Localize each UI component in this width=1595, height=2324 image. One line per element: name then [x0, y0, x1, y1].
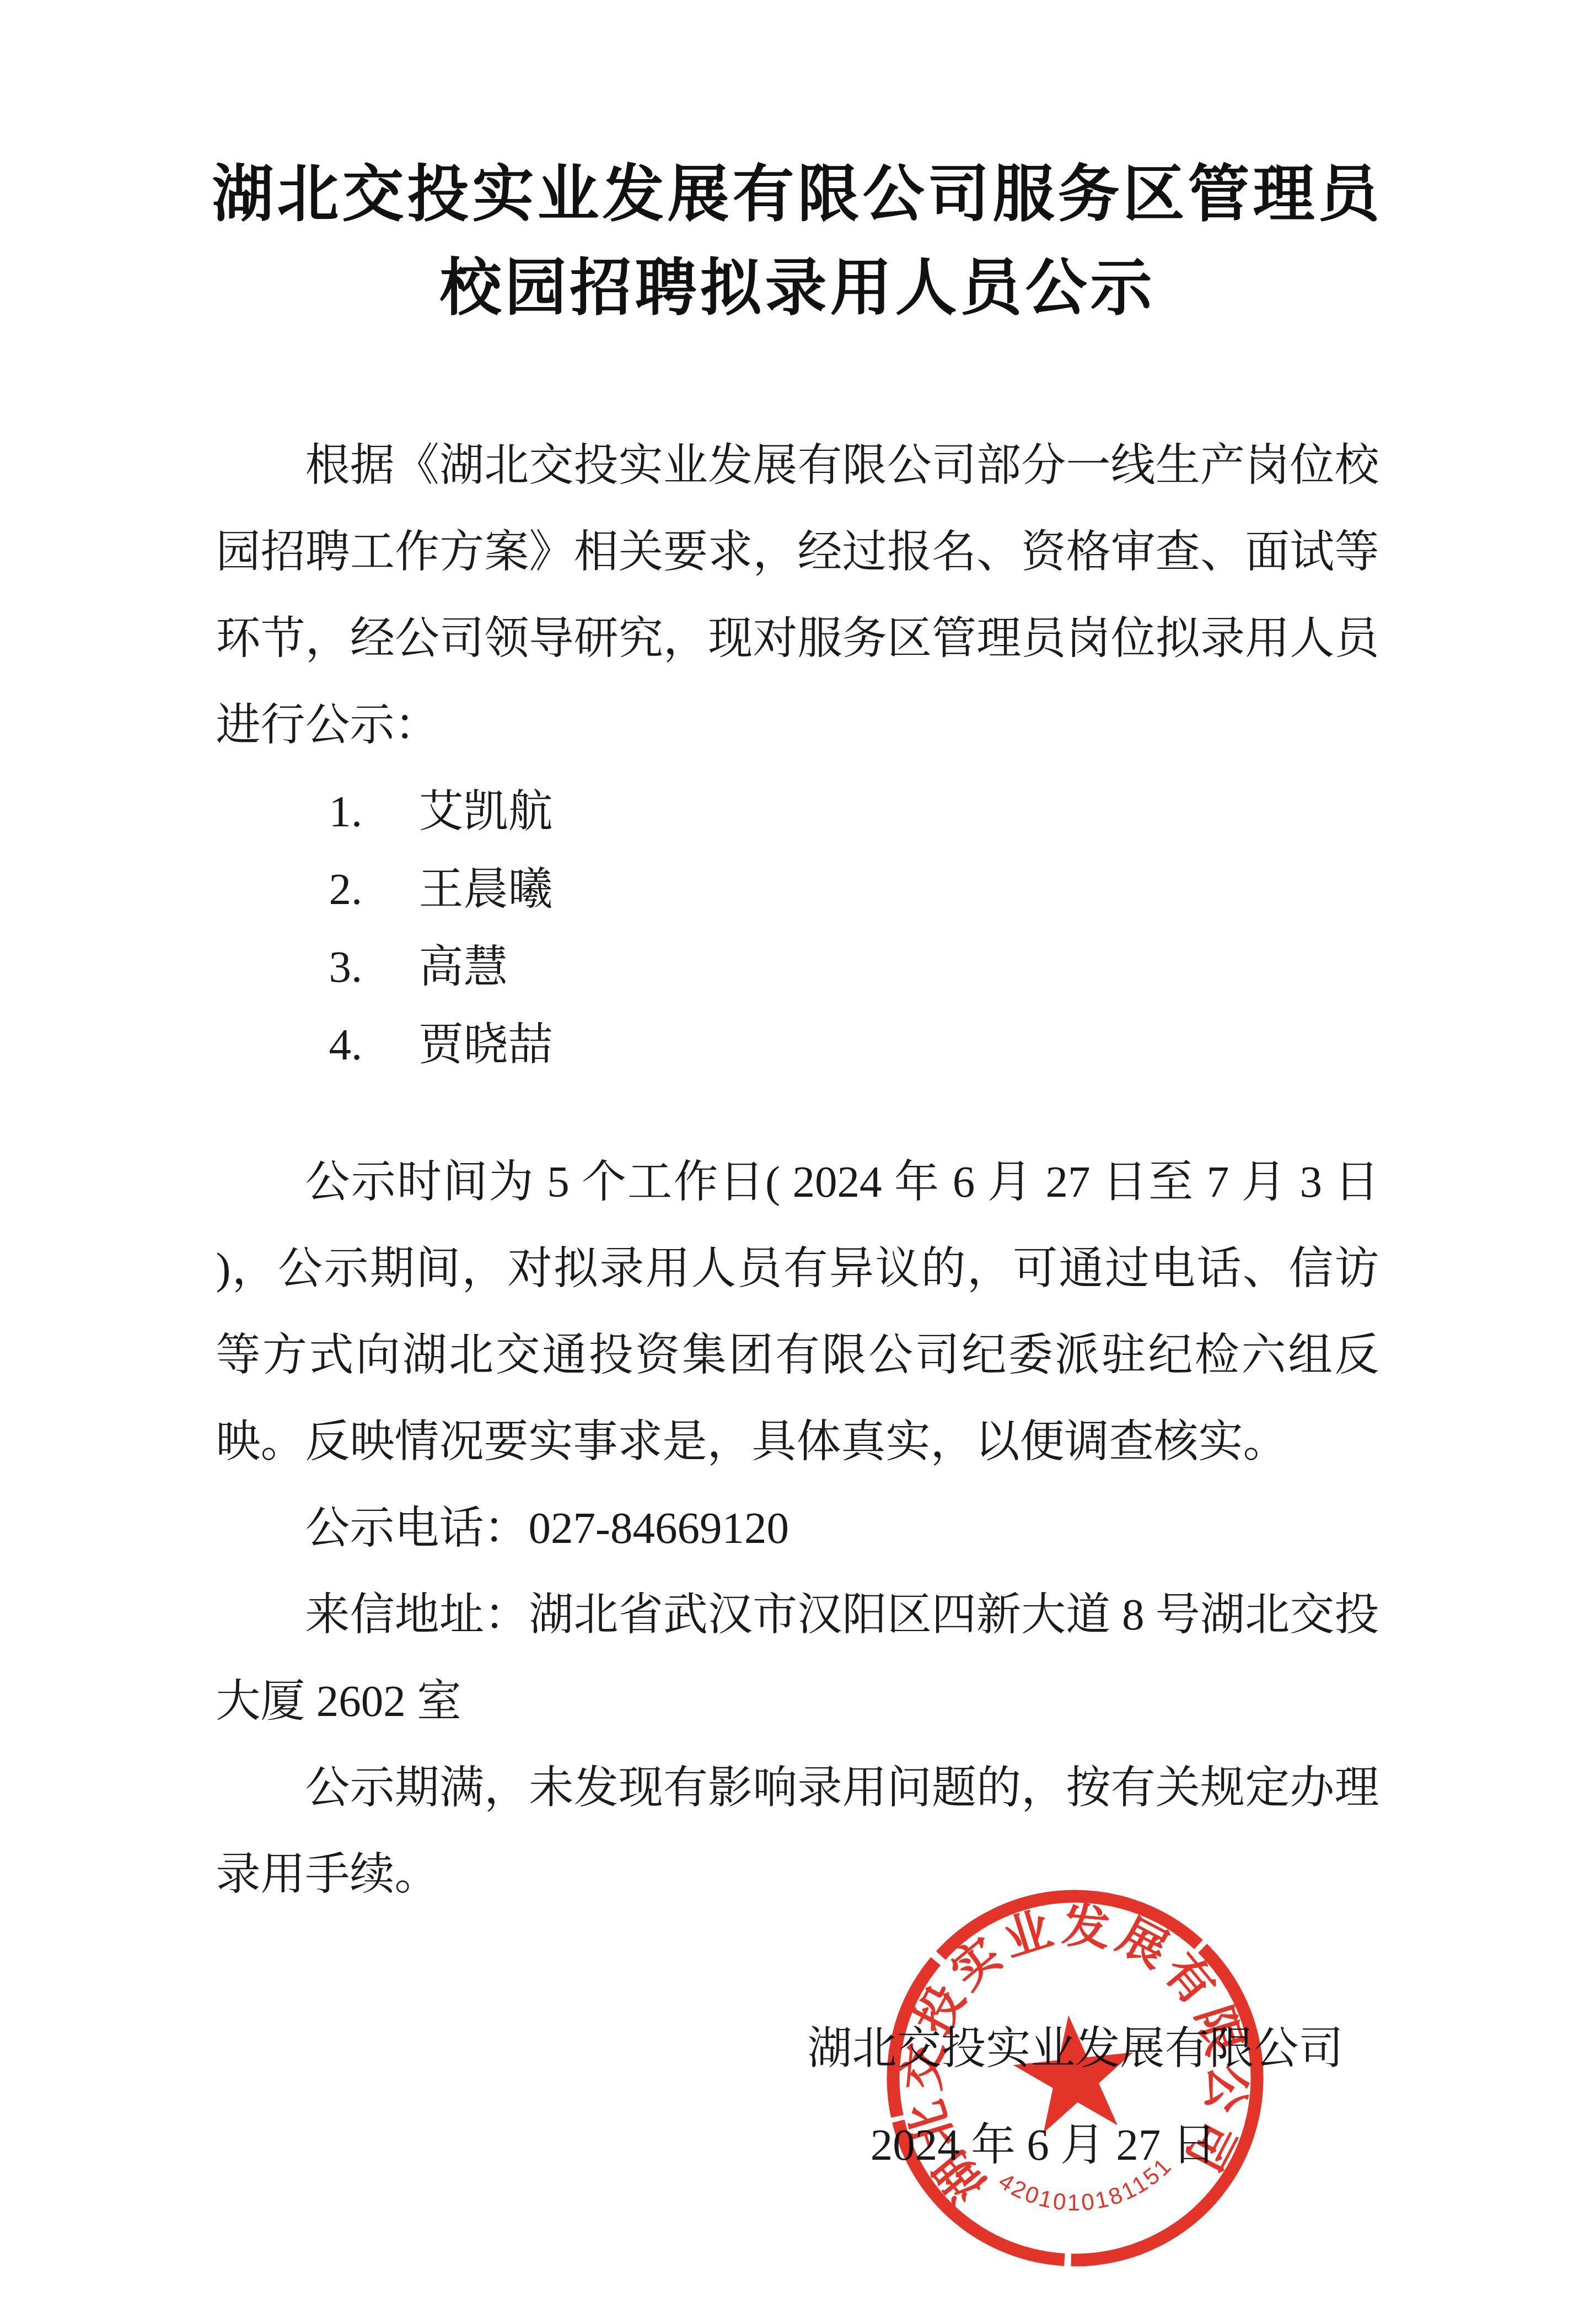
candidate-number: 2. [329, 851, 419, 928]
title-line-1: 湖北交投实业发展有限公司服务区管理员 [0, 148, 1595, 241]
svg-text:4201010181151: 4201010181151 [992, 2150, 1181, 2225]
candidate-name: 艾凯航 [419, 787, 553, 836]
paragraph-address: 来信地址：湖北省武汉市汉阳区四新大道 8 号湖北交投大厦 2602 室 [216, 1572, 1379, 1745]
document-page: 湖北交投实业发展有限公司服务区管理员 校园招聘拟录用人员公示 根据《湖北交投实业… [0, 0, 1595, 2324]
candidate-number: 4. [329, 1006, 419, 1084]
candidate-list: 1.艾凯航 2.王晨曦 3.高慧 4.贾晓喆 [216, 773, 1379, 1084]
candidate-item: 4.贾晓喆 [216, 1006, 1379, 1084]
paragraph-phone: 公示电话：027-84669120 [216, 1485, 1379, 1572]
paragraph-intro: 根据《湖北交投实业发展有限公司部分一线生产岗位校园招聘工作方案》相关要求，经过报… [216, 422, 1379, 768]
title-line-2: 校园招聘拟录用人员公示 [0, 241, 1595, 335]
document-body: 根据《湖北交投实业发展有限公司部分一线生产岗位校园招聘工作方案》相关要求，经过报… [216, 422, 1379, 1918]
candidate-number: 3. [329, 928, 419, 1006]
company-seal: 湖北交投实业发展有限公司 4201010181151 [845, 1848, 1305, 2308]
seal-code: 4201010181151 [992, 2150, 1181, 2225]
candidate-number: 1. [329, 773, 419, 851]
candidate-item: 2.王晨曦 [216, 851, 1379, 928]
candidate-item: 1.艾凯航 [216, 773, 1379, 851]
candidate-name: 贾晓喆 [419, 1020, 553, 1069]
candidate-name: 王晨曦 [419, 864, 553, 914]
paragraph-period: 公示时间为 5 个工作日( 2024 年 6 月 27 日至 7 月 3 日 )… [216, 1139, 1379, 1485]
candidate-item: 3.高慧 [216, 928, 1379, 1006]
seal-star-icon [1008, 2009, 1140, 2135]
document-title: 湖北交投实业发展有限公司服务区管理员 校园招聘拟录用人员公示 [0, 0, 1595, 335]
candidate-name: 高慧 [419, 942, 508, 992]
